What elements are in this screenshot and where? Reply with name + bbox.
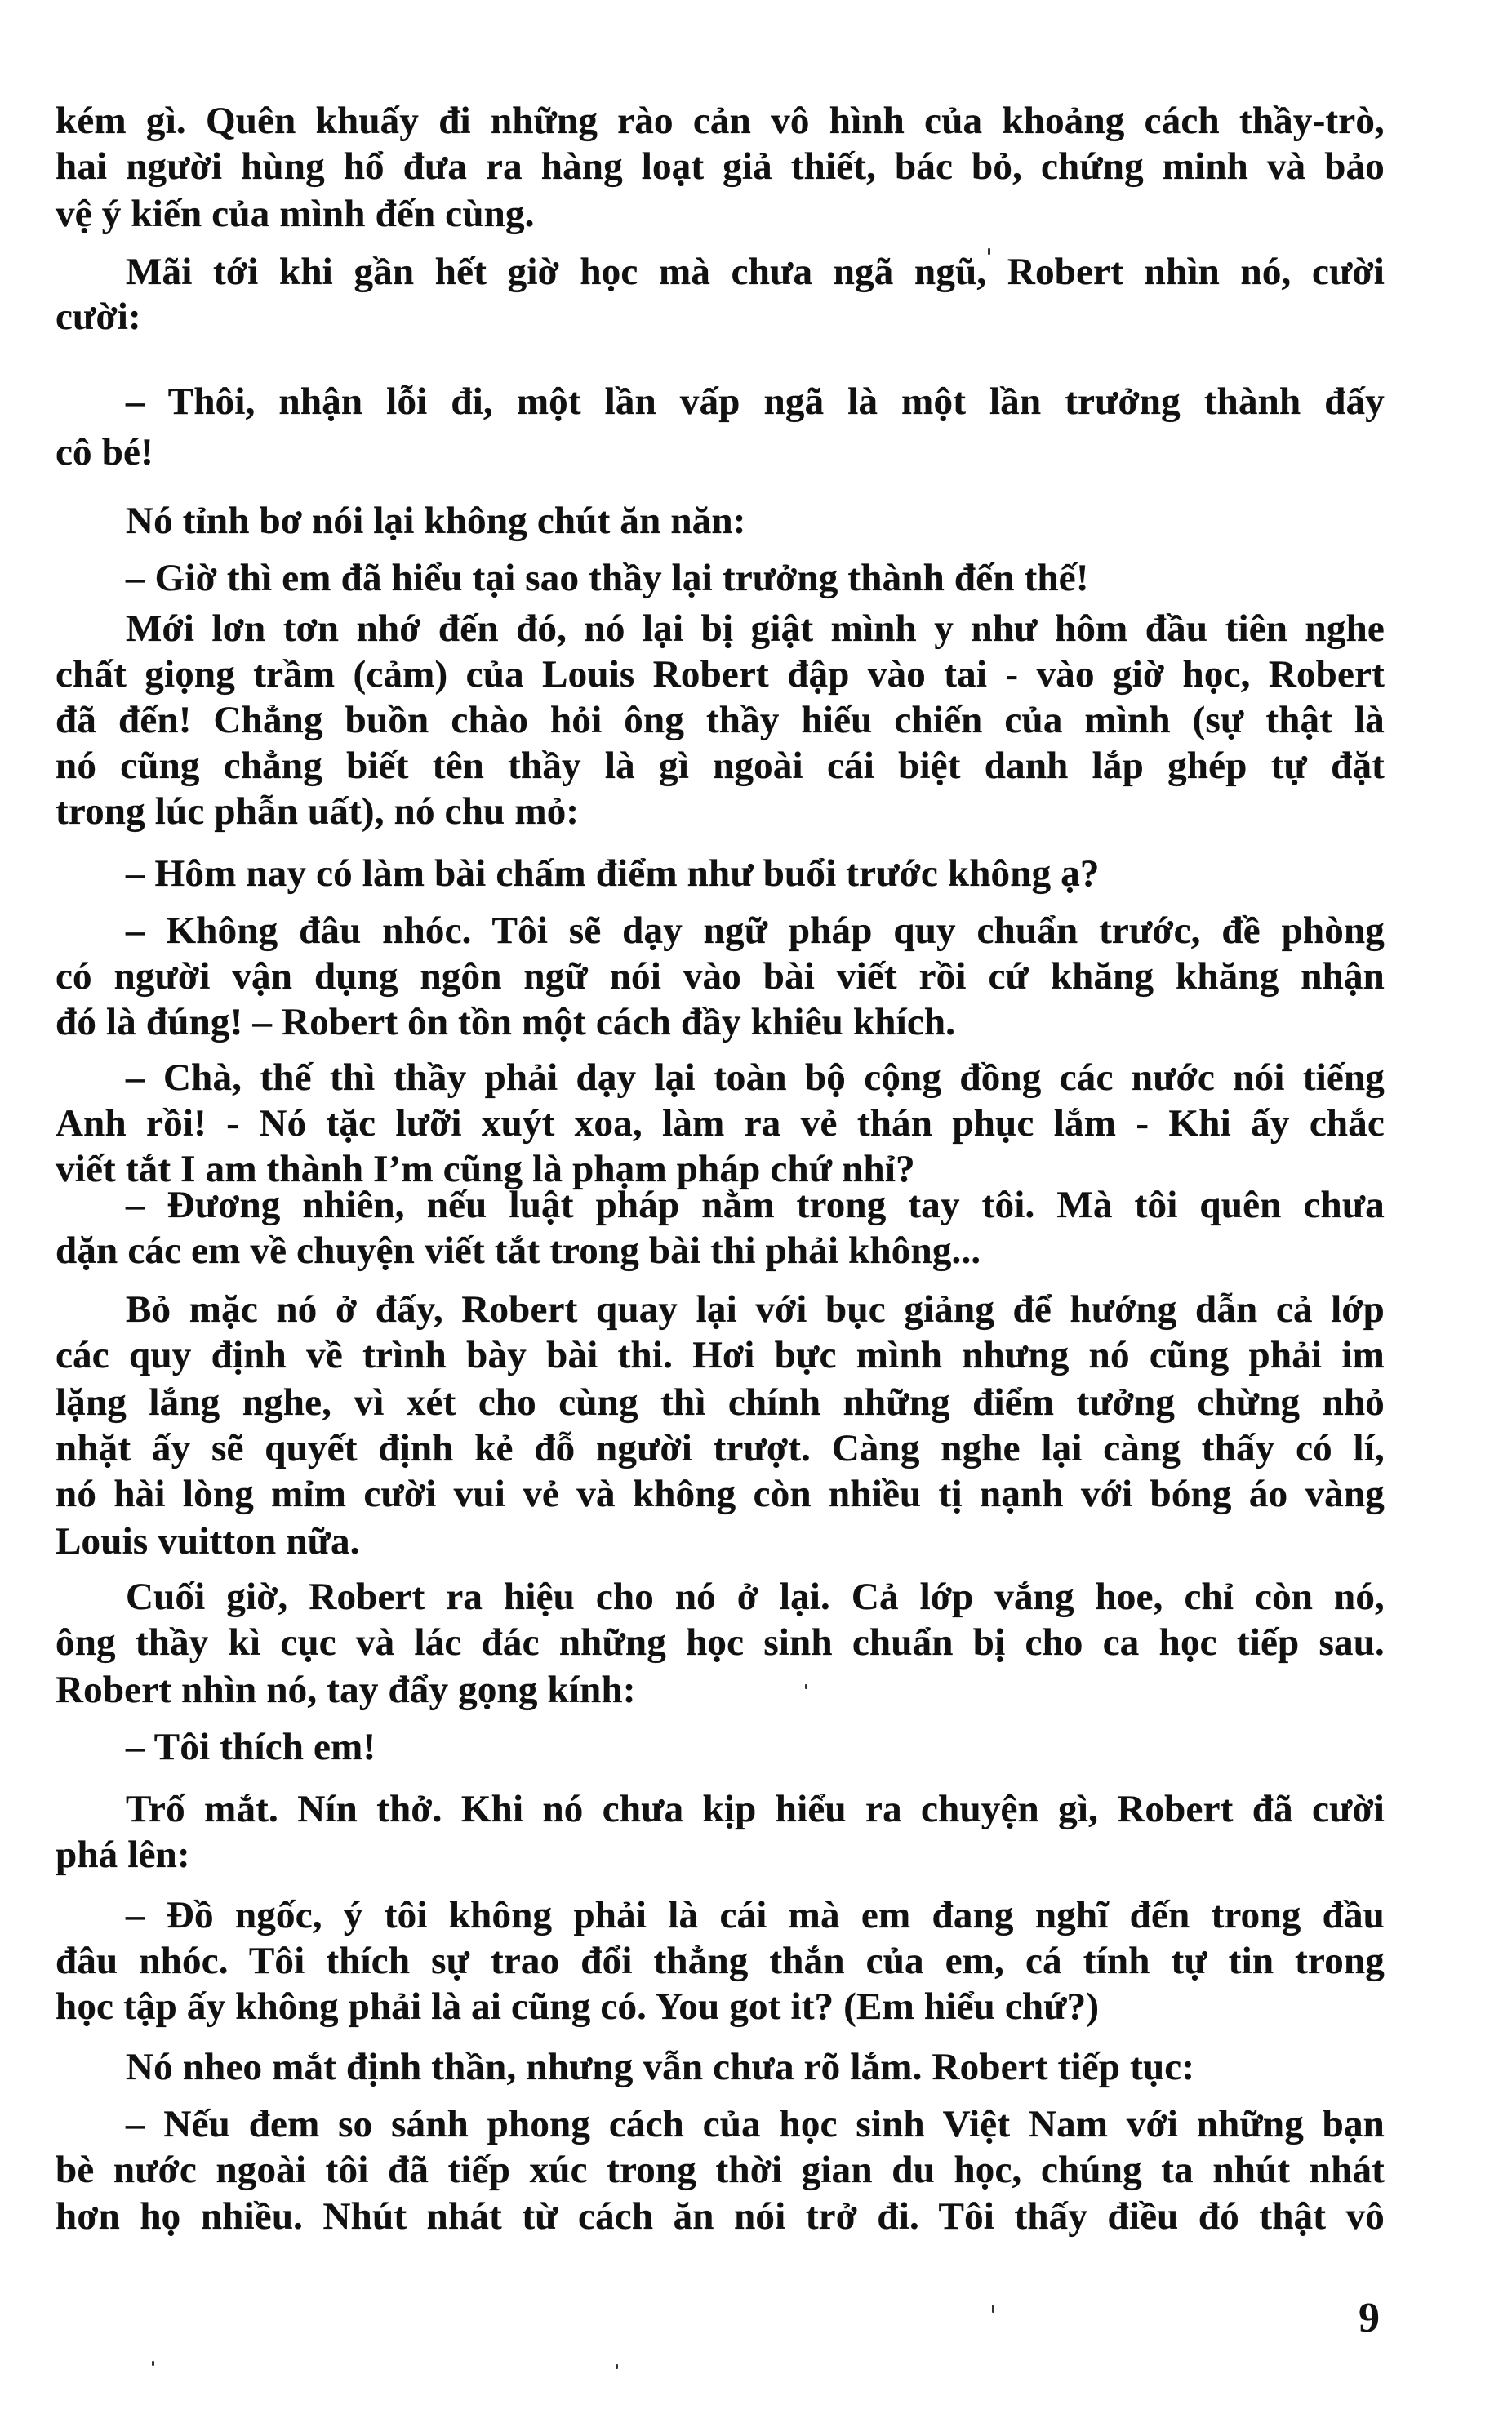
scan-speck [152, 2361, 154, 2366]
text-line: nó cũng chẳng biết tên thầy là gì ngoài … [56, 741, 1385, 790]
text-line: các quy định về trình bày bài thi. Hơi b… [56, 1331, 1385, 1380]
text-line: Bỏ mặc nó ở đấy, Robert quay lại với bục… [126, 1285, 1385, 1334]
text-line: – Đồ ngốc, ý tôi không phải là cái mà em… [126, 1891, 1385, 1940]
text-line: kém gì. Quên khuấy đi những rào cản vô h… [56, 96, 1385, 145]
scan-speck [805, 1684, 807, 1689]
text-line: Louis vuitton nữa. [56, 1517, 1385, 1566]
text-line: dặn các em về chuyện viết tắt trong bài … [56, 1226, 1385, 1275]
text-line: Nó tỉnh bơ nói lại không chút ăn năn: [126, 496, 1385, 545]
text-line: – Đương nhiên, nếu luật pháp nằm trong t… [126, 1180, 1385, 1229]
text-line: – Giờ thì em đã hiểu tại sao thầy lại tr… [126, 554, 1385, 602]
text-line: Nó nheo mắt định thần, nhưng vẫn chưa rõ… [126, 2043, 1385, 2092]
text-line: lặng lắng nghe, vì xét cho cùng thì chín… [56, 1378, 1385, 1427]
text-line: cười: [56, 292, 1385, 341]
text-line: có người vận dụng ngôn ngữ nói vào bài v… [56, 952, 1385, 1001]
text-line: – Không đâu nhóc. Tôi sẽ dạy ngữ pháp qu… [126, 906, 1385, 955]
text-line: đâu nhóc. Tôi thích sự trao đổi thẳng th… [56, 1936, 1385, 1985]
scan-speck [616, 2364, 618, 2369]
text-line: Mãi tới khi gần hết giờ học mà chưa ngã … [126, 247, 1385, 296]
text-line: nhặt ấy sẽ quyết định kẻ đỗ người trượt.… [56, 1424, 1385, 1473]
text-line: Mới lơn tơn nhớ đến đó, nó lại bị giật m… [126, 604, 1385, 653]
text-line: trong lúc phẫn uất), nó chu mỏ: [56, 787, 1385, 836]
text-line: học tập ấy không phải là ai cũng có. You… [56, 1982, 1385, 2031]
text-line: ông thầy kì cục và lác đác những học sin… [56, 1618, 1385, 1667]
text-line: Cuối giờ, Robert ra hiệu cho nó ở lại. C… [126, 1572, 1385, 1621]
text-line: Anh rồi! - Nó tặc lưỡi xuýt xoa, làm ra … [56, 1099, 1385, 1148]
text-line: nó hài lòng mỉm cười vui vẻ và không còn… [56, 1469, 1385, 1518]
scan-speck [988, 248, 990, 255]
page-number: 9 [1359, 2294, 1380, 2343]
text-line: hai người hùng hổ đưa ra hàng loạt giả t… [56, 142, 1385, 191]
text-line: vệ ý kiến của mình đến cùng. [56, 189, 1385, 238]
text-line: đã đến! Chẳng buồn chào hỏi ông thầy hiế… [56, 696, 1385, 745]
text-line: chất giọng trầm (cảm) của Louis Robert đ… [56, 650, 1385, 699]
scan-speck [992, 2305, 994, 2313]
text-line: cô bé! [56, 428, 1385, 477]
text-line: – Chà, thế thì thầy phải dạy lại toàn bộ… [126, 1053, 1385, 1102]
text-line: Robert nhìn nó, tay đẩy gọng kính: [56, 1665, 1385, 1714]
text-line: hơn họ nhiều. Nhút nhát từ cách ăn nói t… [56, 2192, 1385, 2241]
text-line: đó là đúng! – Robert ôn tồn một cách đầy… [56, 998, 1385, 1047]
text-line: phá lên: [56, 1830, 1385, 1879]
text-line: Trố mắt. Nín thở. Khi nó chưa kịp hiểu r… [126, 1785, 1385, 1834]
text-line: – Hôm nay có làm bài chấm điểm như buổi … [126, 849, 1385, 898]
text-line: – Tôi thích em! [126, 1723, 1385, 1772]
text-line: – Thôi, nhận lỗi đi, một lần vấp ngã là … [126, 377, 1385, 426]
text-line: bè nước ngoài tôi đã tiếp xúc trong thời… [56, 2145, 1385, 2194]
book-page: kém gì. Quên khuấy đi những rào cản vô h… [0, 0, 1512, 2423]
text-line: – Nếu đem so sánh phong cách của học sin… [126, 2100, 1385, 2149]
